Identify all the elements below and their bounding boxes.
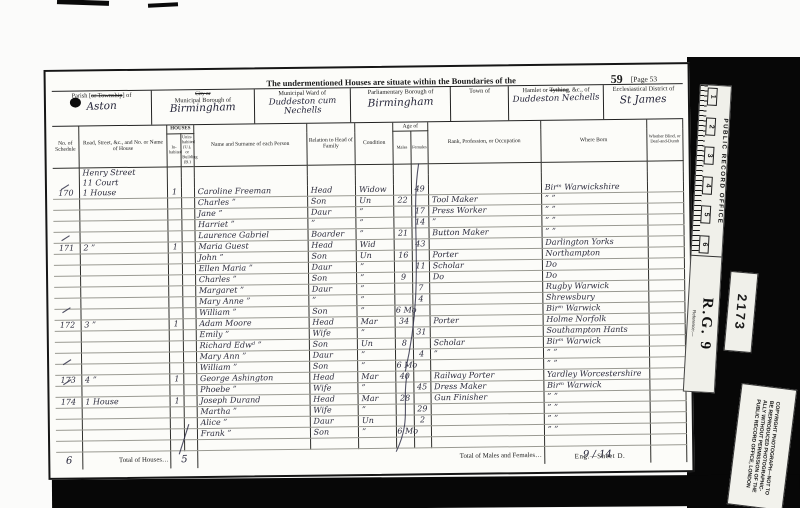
cell-condition: Mar: [358, 371, 396, 382]
cell-relation: Head: [308, 239, 357, 251]
cell-uninhabited: [181, 208, 194, 219]
cell-relation: Daur: [309, 349, 358, 361]
cell-condition: Un: [356, 195, 394, 206]
cell-relation: Son: [309, 305, 358, 317]
census-table-body: Henry Street11 Court1701 House1Caroline …: [53, 160, 687, 452]
copyright-text: COPYRIGHT PHOTOGRAPH—NOT TO BE REPRODUCE…: [743, 399, 780, 496]
cell-inhabited: [168, 177, 181, 187]
parish-box: Parish [or Township] of Aston: [52, 91, 153, 126]
col-road: Road, Street, &c., and No. or Name of Ho…: [78, 125, 167, 167]
cell-age_m: [394, 164, 411, 175]
col-uninhabited: Unin-habited (U.), or Building (B.): [180, 134, 194, 167]
cell-age_m: [394, 184, 411, 195]
cell-inhabited: [169, 253, 182, 264]
cell-relation: Head: [307, 185, 356, 196]
cell-uninhabited: [181, 166, 194, 177]
cell-relation: Son: [309, 338, 358, 350]
cell-inhabited: [169, 308, 182, 319]
cell-uninhabited: [182, 230, 195, 241]
cell-inhabited: [169, 286, 182, 297]
cell-age_m: [394, 206, 411, 217]
cell-condition: ”: [357, 305, 395, 316]
cell-relation: Head: [309, 371, 358, 383]
cell-age_f: 14: [411, 217, 428, 228]
cell-infirmity: [647, 171, 684, 181]
cell-age_f: 45: [413, 382, 430, 393]
cell-inhabited: [168, 167, 181, 178]
cell-condition: ”: [356, 261, 394, 272]
cell-condition: ”: [357, 272, 395, 283]
cell-condition: ”: [358, 349, 396, 360]
cell-age_m: [394, 174, 411, 184]
cell-inhabited: 1: [170, 374, 183, 385]
cell-uninhabited: [183, 373, 196, 384]
census-table: No. of Schedule Road, Street, &c., and N…: [52, 119, 687, 469]
cell-uninhabited: [182, 296, 195, 307]
town-value: [451, 96, 508, 98]
cell-schedule: [53, 178, 79, 188]
scanner-black-area-bottom: [52, 474, 800, 508]
cell-condition: ”: [358, 426, 396, 437]
cell-inhabited: [171, 407, 184, 418]
cell-age_f: [412, 250, 429, 261]
cell-inhabited: [169, 275, 182, 286]
cell-age_m: [396, 382, 413, 393]
cell-infirmity: [649, 334, 686, 345]
cell-condition: Mar: [357, 316, 395, 327]
cell-uninhabited: [184, 395, 197, 406]
cell-infirmity: [648, 257, 685, 268]
cell-age_m: [397, 404, 414, 415]
col-where-born: Where Born: [540, 120, 646, 163]
cell-age_m: 6 Mo: [397, 426, 414, 437]
cell-infirmity: [649, 345, 686, 356]
cell-relation: Daur: [307, 206, 356, 218]
cell-condition: ”: [356, 217, 394, 228]
cell-relation: Son: [309, 360, 358, 372]
sheet-footer: Eng.—Sheet D.: [575, 452, 626, 461]
col-inhabited: In-habited: [167, 134, 181, 167]
totals-empty-cell: [650, 444, 687, 462]
col-name: Name and Surname of each Person: [193, 124, 306, 167]
cell-schedule: [55, 353, 81, 364]
cell-schedule: [56, 441, 82, 452]
cell-schedule: [56, 419, 82, 430]
cell-condition: Un: [357, 338, 395, 349]
total-males-females-label: Total of Males and Females…: [197, 446, 544, 468]
cell-relation: [307, 164, 356, 175]
cell-inhabited: [170, 352, 183, 363]
cell-age_f: 7: [412, 283, 429, 294]
cell-infirmity: [648, 279, 685, 290]
cell-age_f: [414, 393, 431, 404]
page-number: 59: [611, 74, 631, 84]
cell-schedule: [55, 386, 81, 397]
municipal-borough-box: City orMunicipal Borough of Birmingham: [152, 89, 255, 124]
cell-age_f: 31: [413, 327, 430, 338]
col-infirm: Whether Blind, or Deaf-and-Dumb: [646, 119, 683, 161]
col-condition: Condition: [355, 123, 394, 165]
cell-age_f: 17: [411, 206, 428, 217]
cell-condition: [355, 164, 393, 175]
cell-infirmity: [648, 301, 685, 312]
cell-infirmity: [648, 235, 685, 246]
municipal-borough-value: Birmingham: [152, 102, 254, 116]
cell-uninhabited: [184, 439, 197, 450]
cell-schedule: [55, 364, 81, 375]
cell-age_m: [395, 283, 412, 294]
cell-relation: Head: [310, 393, 359, 405]
cell-age_f: [412, 272, 429, 283]
cell-age_f: 43: [412, 239, 429, 250]
cell-inhabited: [168, 220, 181, 231]
municipal-ward-value: Duddeston cum Nechells: [254, 96, 350, 116]
cell-age_f: [411, 174, 428, 184]
col-males: Males: [393, 131, 411, 164]
cell-relation: Daur: [310, 415, 359, 427]
cell-condition: ”: [358, 382, 396, 393]
cell-age_m: 40: [396, 371, 413, 382]
cell-age_f: [412, 228, 429, 239]
cell-condition: ”: [356, 206, 394, 217]
cell-infirmity: [647, 160, 684, 171]
col-relation: Relation to Head of Family: [306, 123, 355, 165]
cell-age_m: [397, 415, 414, 426]
cell-schedule: [54, 276, 80, 287]
cell-infirmity: [649, 312, 686, 323]
cell-inhabited: 1: [170, 396, 183, 407]
cell-uninhabited: [181, 177, 194, 187]
cell-relation: Son: [310, 426, 359, 438]
cell-relation: Daur: [308, 261, 357, 273]
cell-inhabited: 1: [168, 187, 181, 198]
cell-schedule: [53, 221, 79, 232]
cell-inhabited: 1: [170, 319, 183, 330]
cell-infirmity: [649, 367, 686, 378]
cell-schedule: 171: [54, 243, 80, 254]
cell-relation: ”: [308, 217, 357, 229]
cell-uninhabited: [181, 187, 194, 198]
cell-uninhabited: [183, 329, 196, 340]
cell-infirmity: [648, 268, 685, 279]
census-scan-page: The undermentioned Houses are situate wi…: [0, 0, 800, 508]
cell-infirmity: [650, 389, 687, 400]
cell-age_m: 8: [396, 338, 413, 349]
cell-infirmity: [647, 191, 684, 202]
cell-condition: ”: [357, 283, 395, 294]
cell-inhabited: [171, 440, 184, 451]
col-schedule: No. of Schedule: [52, 127, 79, 169]
cell-inhabited: [168, 231, 181, 242]
cell-schedule: [54, 265, 80, 276]
scan-speck: [57, 0, 109, 6]
cell-infirmity: [648, 246, 685, 257]
cell-age_f: [413, 338, 430, 349]
cell-uninhabited: [183, 351, 196, 362]
cell-age_m: 34: [395, 316, 412, 327]
cell-relation: Daur: [308, 283, 357, 295]
cell-uninhabited: [182, 263, 195, 274]
piece-number: 2173: [732, 293, 750, 331]
cell-relation: [310, 437, 359, 449]
cell-schedule: [55, 331, 81, 342]
cell-infirmity: [650, 400, 687, 411]
cell-schedule: [53, 168, 79, 179]
cell-condition: Widow: [356, 184, 394, 195]
parliamentary-borough-box: Parliamentary Borough of Birmingham: [351, 87, 452, 122]
cell-infirmity: [647, 202, 684, 213]
cell-age_m: 16: [395, 250, 412, 261]
cell-infirmity: [648, 290, 685, 301]
cell-age_m: 9: [395, 272, 412, 283]
scan-speck: [148, 2, 178, 8]
col-females: Females: [410, 131, 428, 164]
cell-uninhabited: [183, 318, 196, 329]
cell-schedule: [54, 287, 80, 298]
census-sheet: The undermentioned Houses are situate wi…: [44, 62, 695, 480]
cell-age_f: [413, 316, 430, 327]
totals-left-mark: 6: [56, 452, 82, 470]
cell-condition: ”: [357, 327, 395, 338]
cell-relation: Son: [308, 250, 357, 262]
cell-condition: ”: [357, 294, 395, 305]
cell-uninhabited: [182, 274, 195, 285]
cell-schedule: [55, 342, 81, 353]
cell-schedule: [54, 232, 80, 243]
cell-age_m: 28: [396, 393, 413, 404]
cell-uninhabited: [184, 428, 197, 439]
cell-age_f: 29: [414, 404, 431, 415]
cell-infirmity: [649, 378, 686, 389]
cell-uninhabited: [181, 219, 194, 230]
cell-inhabited: [170, 341, 183, 352]
cell-age_m: 22: [394, 195, 411, 206]
cell-schedule: 173: [55, 375, 81, 386]
cell-age_m: [394, 217, 411, 228]
cell-uninhabited: [182, 252, 195, 263]
cell-age_m: [395, 239, 412, 250]
cell-age_m: [396, 327, 413, 338]
cell-condition: ”: [356, 228, 394, 239]
cell-uninhabited: [183, 307, 196, 318]
cell-uninhabited: [182, 241, 195, 252]
cell-schedule: [54, 309, 80, 320]
cell-uninhabited: [184, 406, 197, 417]
cell-uninhabited: [181, 197, 194, 208]
cell-condition: Wid: [356, 239, 394, 250]
cell-uninhabited: [183, 362, 196, 373]
cell-condition: ”: [358, 360, 396, 371]
cell-inhabited: [170, 385, 183, 396]
cell-infirmity: [650, 422, 687, 433]
cell-uninhabited: [182, 285, 195, 296]
cell-infirmity: [648, 224, 685, 235]
cell-relation: Boarder: [308, 228, 357, 240]
cell-age_m: [395, 294, 412, 305]
col-age: Age of: [393, 122, 427, 131]
cell-schedule: [54, 298, 80, 309]
cell-schedule: 172: [55, 320, 81, 331]
reference-number: R.G. 9: [696, 297, 716, 351]
cell-age_m: 21: [394, 228, 411, 239]
cell-infirmity: [650, 411, 687, 422]
cell-age_f: 49: [411, 184, 428, 195]
cell-schedule: 174: [56, 397, 82, 408]
cell-schedule: [53, 199, 79, 210]
cell-schedule: [54, 254, 80, 265]
cell-condition: Un: [358, 415, 396, 426]
cell-inhabited: [171, 418, 184, 429]
cell-age_m: 6 Mo: [395, 305, 412, 316]
cell-age_f: 2: [414, 415, 431, 426]
cell-inhabited: [170, 330, 183, 341]
census-form: The undermentioned Houses are situate wi…: [52, 68, 688, 466]
cell-schedule: 170: [53, 188, 79, 199]
hamlet-box: Hamlet or Tything, &c., of Duddeston Nec…: [509, 85, 605, 120]
cell-inhabited: [169, 297, 182, 308]
cell-inhabited: [168, 198, 181, 209]
ecclesiastical-box: Ecclesiastical District of St James: [604, 84, 683, 119]
cell-condition: Un: [356, 250, 394, 261]
cell-uninhabited: [184, 417, 197, 428]
page-label: [Page 53: [631, 74, 683, 84]
municipal-ward-box: Municipal Ward of Duddeston cum Nechells: [254, 88, 351, 123]
cell-infirmity: [647, 181, 684, 192]
parish-value: Aston: [52, 100, 152, 113]
total-houses-label: Total of Houses…: [82, 451, 171, 470]
ecclesiastical-value: St James: [604, 93, 683, 106]
cell-relation: Son: [307, 195, 356, 207]
cell-relation: [307, 175, 356, 186]
cell-schedule: [56, 408, 82, 419]
cell-age_m: [396, 349, 413, 360]
cell-infirmity: [650, 433, 687, 444]
cell-age_f: 11: [412, 261, 429, 272]
cell-relation: Head: [309, 316, 358, 328]
cell-uninhabited: [183, 340, 196, 351]
cell-inhabited: [171, 429, 184, 440]
cell-relation: Wife: [309, 327, 358, 339]
cell-condition: Mar: [358, 393, 396, 404]
hamlet-value: Duddeston Nechells: [509, 93, 604, 104]
cell-inhabited: [170, 363, 183, 374]
cell-relation: Wife: [310, 382, 359, 394]
cell-age_m: [395, 261, 412, 272]
cell-inhabited: 1: [169, 242, 182, 253]
col-rank: Rank, Profession, or Occupation: [427, 121, 540, 164]
parliamentary-borough-value: Birmingham: [351, 96, 451, 109]
cell-age_f: [411, 164, 428, 175]
cell-inhabited: [169, 264, 182, 275]
col-houses: HOUSES: [167, 125, 193, 134]
cell-age_f: [413, 371, 430, 382]
cell-schedule: [53, 210, 79, 221]
cell-relation: ”: [308, 294, 357, 306]
cell-relation: Wife: [310, 404, 359, 416]
cell-age_m: 6 Mo: [396, 360, 413, 371]
cell-relation: Son: [308, 272, 357, 284]
cell-age_f: 4: [413, 349, 430, 360]
cell-age_f: 4: [412, 294, 429, 305]
cell-inhabited: [168, 209, 181, 220]
cell-infirmity: [647, 213, 684, 224]
total-houses-value: 5: [171, 450, 197, 468]
reference-block: Reference:— R.G. 9: [684, 256, 721, 392]
cell-condition: ”: [358, 404, 396, 415]
cell-schedule: [56, 430, 82, 441]
cell-age_f: [414, 437, 431, 448]
cell-age_f: [411, 195, 428, 206]
town-box: Town of: [451, 86, 509, 121]
cell-condition: [359, 437, 397, 448]
cell-condition: [355, 174, 393, 184]
cell-age_m: [397, 437, 414, 448]
cell-infirmity: [649, 356, 686, 367]
cell-uninhabited: [183, 384, 196, 395]
cell-infirmity: [649, 323, 686, 334]
